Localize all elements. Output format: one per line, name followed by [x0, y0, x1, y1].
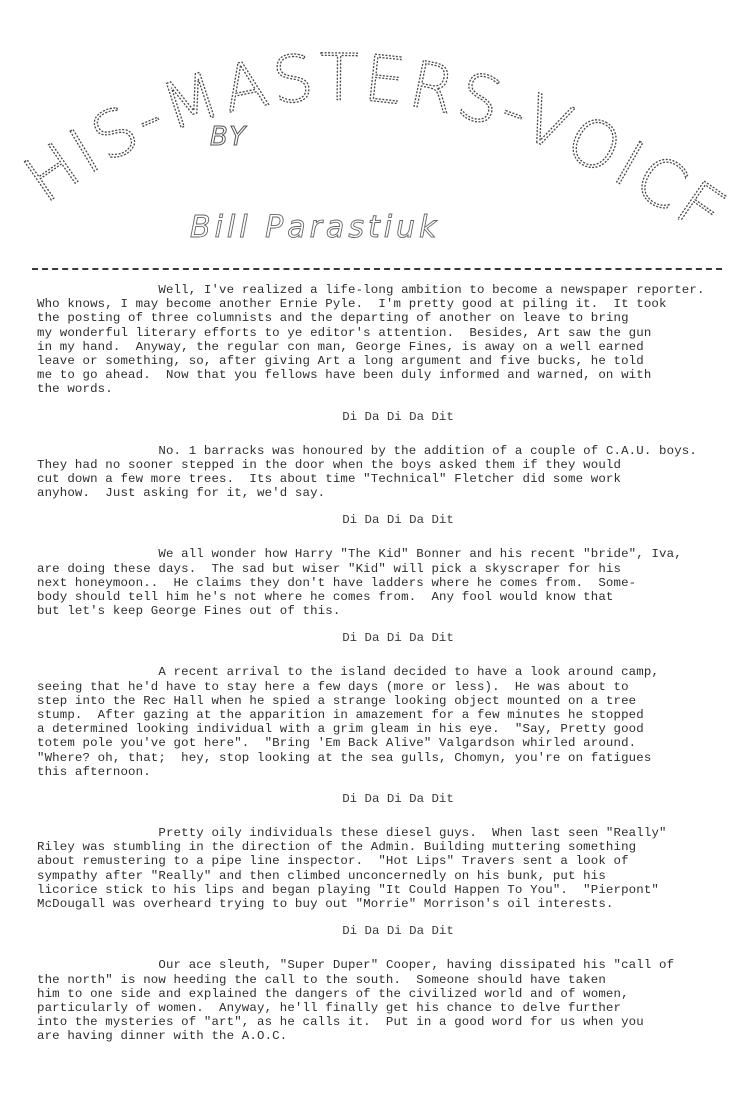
author-name: Bill Parastiuk: [190, 210, 440, 245]
document-header: HIS-MASTERS-VOICE BY Bill Parastiuk: [0, 0, 754, 275]
section-divider: Di Da Di Da Dit: [37, 513, 737, 527]
title-arc: HIS-MASTERS-VOICE: [0, 0, 754, 220]
document-title: HIS-MASTERS-VOICE: [12, 41, 741, 220]
section-divider: Di Da Di Da Dit: [37, 792, 737, 806]
paragraph-diesel: Pretty oily individuals these diesel guy…: [37, 826, 737, 911]
section-divider: Di Da Di Da Dit: [37, 631, 737, 645]
paragraph-bonner: We all wonder how Harry "The Kid" Bonner…: [37, 547, 737, 618]
by-label: BY: [210, 122, 247, 152]
section-divider: Di Da Di Da Dit: [37, 410, 737, 424]
header-rule: [32, 268, 722, 270]
paragraph-cooper: Our ace sleuth, "Super Duper" Cooper, ha…: [37, 958, 737, 1043]
section-divider: Di Da Di Da Dit: [37, 924, 737, 938]
column-body: Well, I've realized a life-long ambition…: [37, 283, 737, 1044]
paragraph-intro: Well, I've realized a life-long ambition…: [37, 283, 737, 397]
paragraph-arrival: A recent arrival to the island decided t…: [37, 665, 737, 779]
paragraph-barracks: No. 1 barracks was honoured by the addit…: [37, 444, 737, 501]
